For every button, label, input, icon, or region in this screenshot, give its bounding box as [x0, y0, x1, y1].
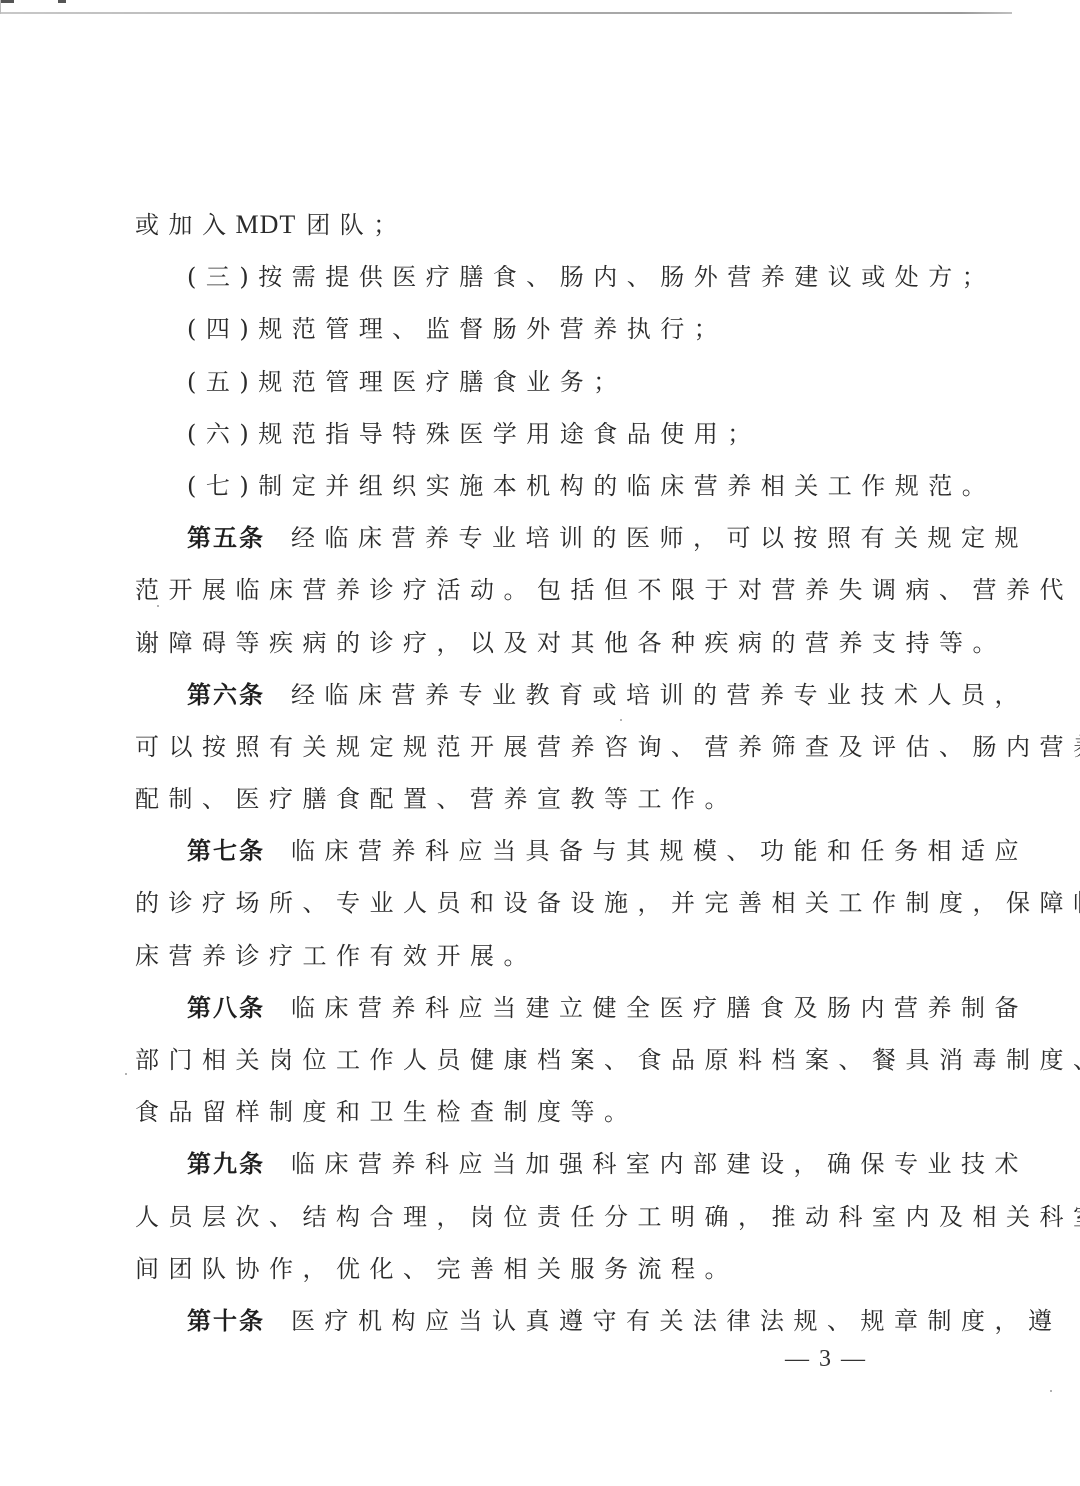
article-text: 临床营养科应当加强科室内部建设，确保专业技术	[291, 1150, 1028, 1178]
article-text: 经临床营养专业培训的医师，可以按照有关规定规	[291, 524, 1028, 552]
scan-edge-line	[0, 12, 1012, 14]
article-text-line: 部门相关岗位工作人员健康档案、食品原料档案、餐具消毒制度、	[135, 1038, 910, 1090]
article-7-first-line: 第七条临床营养科应当具备与其规模、功能和任务相适应	[135, 829, 910, 881]
scan-speck	[125, 1073, 127, 1075]
article-label: 第十条	[187, 1307, 265, 1335]
article-6-first-line: 第六条经临床营养专业教育或培训的营养专业技术人员，	[135, 673, 910, 725]
article-text-line: 人员层次、结构合理，岗位责任分工明确，推动科室内及相关科室	[135, 1195, 910, 1247]
list-item: (三)按需提供医疗膳食、肠内、肠外营养建议或处方；	[135, 255, 910, 307]
article-text-line: 间团队协作，优化、完善相关服务流程。	[135, 1247, 910, 1299]
continuation-latin-term: MDT	[236, 210, 297, 239]
article-label: 第九条	[187, 1150, 265, 1178]
article-8-first-line: 第八条临床营养科应当建立健全医疗膳食及肠内营养制备	[135, 986, 910, 1038]
article-label: 第六条	[187, 681, 265, 709]
article-text: 医疗机构应当认真遵守有关法律法规、规章制度，遵	[291, 1307, 1062, 1335]
continuation-suffix: 团队；	[306, 211, 407, 239]
article-text-line: 的诊疗场所、专业人员和设备设施，并完善相关工作制度，保障临	[135, 881, 910, 933]
article-10-first-line: 第十条医疗机构应当认真遵守有关法律法规、规章制度，遵	[135, 1299, 910, 1351]
article-text: 临床营养科应当建立健全医疗膳食及肠内营养制备	[291, 994, 1028, 1022]
list-item: (六)规范指导特殊医学用途食品使用；	[135, 412, 910, 464]
scan-artifact-edge	[0, 0, 1, 14]
article-5-first-line: 第五条经临床营养专业培训的医师，可以按照有关规定规	[135, 516, 910, 568]
article-text-line: 配制、医疗膳食配置、营养宣教等工作。	[135, 777, 910, 829]
continuation-line: 或加入MDT团队；	[135, 203, 910, 255]
article-text-line: 范开展临床营养诊疗活动。包括但不限于对营养失调病、营养代	[135, 568, 910, 620]
document-page: 或加入MDT团队； (三)按需提供医疗膳食、肠内、肠外营养建议或处方； (四)规…	[135, 203, 910, 1351]
list-item: (五)规范管理医疗膳食业务；	[135, 360, 910, 412]
article-text-line: 可以按照有关规定规范开展营养咨询、营养筛查及评估、肠内营养	[135, 725, 910, 777]
article-text-line: 谢障碍等疾病的诊疗，以及对其他各种疾病的营养支持等。	[135, 621, 910, 673]
article-label: 第五条	[187, 524, 265, 552]
scan-speck	[1050, 1390, 1052, 1392]
article-text: 经临床营养专业教育或培训的营养专业技术人员，	[291, 681, 1028, 709]
scan-artifact-mark	[0, 0, 14, 3]
scan-artifact-mark	[58, 0, 66, 3]
continuation-prefix: 或加入	[135, 211, 236, 239]
article-label: 第八条	[187, 994, 265, 1022]
scan-speck	[620, 719, 622, 721]
article-9-first-line: 第九条临床营养科应当加强科室内部建设，确保专业技术	[135, 1142, 910, 1194]
scan-speck	[157, 605, 159, 607]
article-text-line: 食品留样制度和卫生检查制度等。	[135, 1090, 910, 1142]
list-item: (七)制定并组织实施本机构的临床营养相关工作规范。	[135, 464, 910, 516]
page-number: — 3 —	[785, 1346, 867, 1373]
article-text-line: 床营养诊疗工作有效开展。	[135, 934, 910, 986]
article-text: 临床营养科应当具备与其规模、功能和任务相适应	[291, 837, 1028, 865]
article-label: 第七条	[187, 837, 265, 865]
list-item: (四)规范管理、监督肠外营养执行；	[135, 307, 910, 359]
